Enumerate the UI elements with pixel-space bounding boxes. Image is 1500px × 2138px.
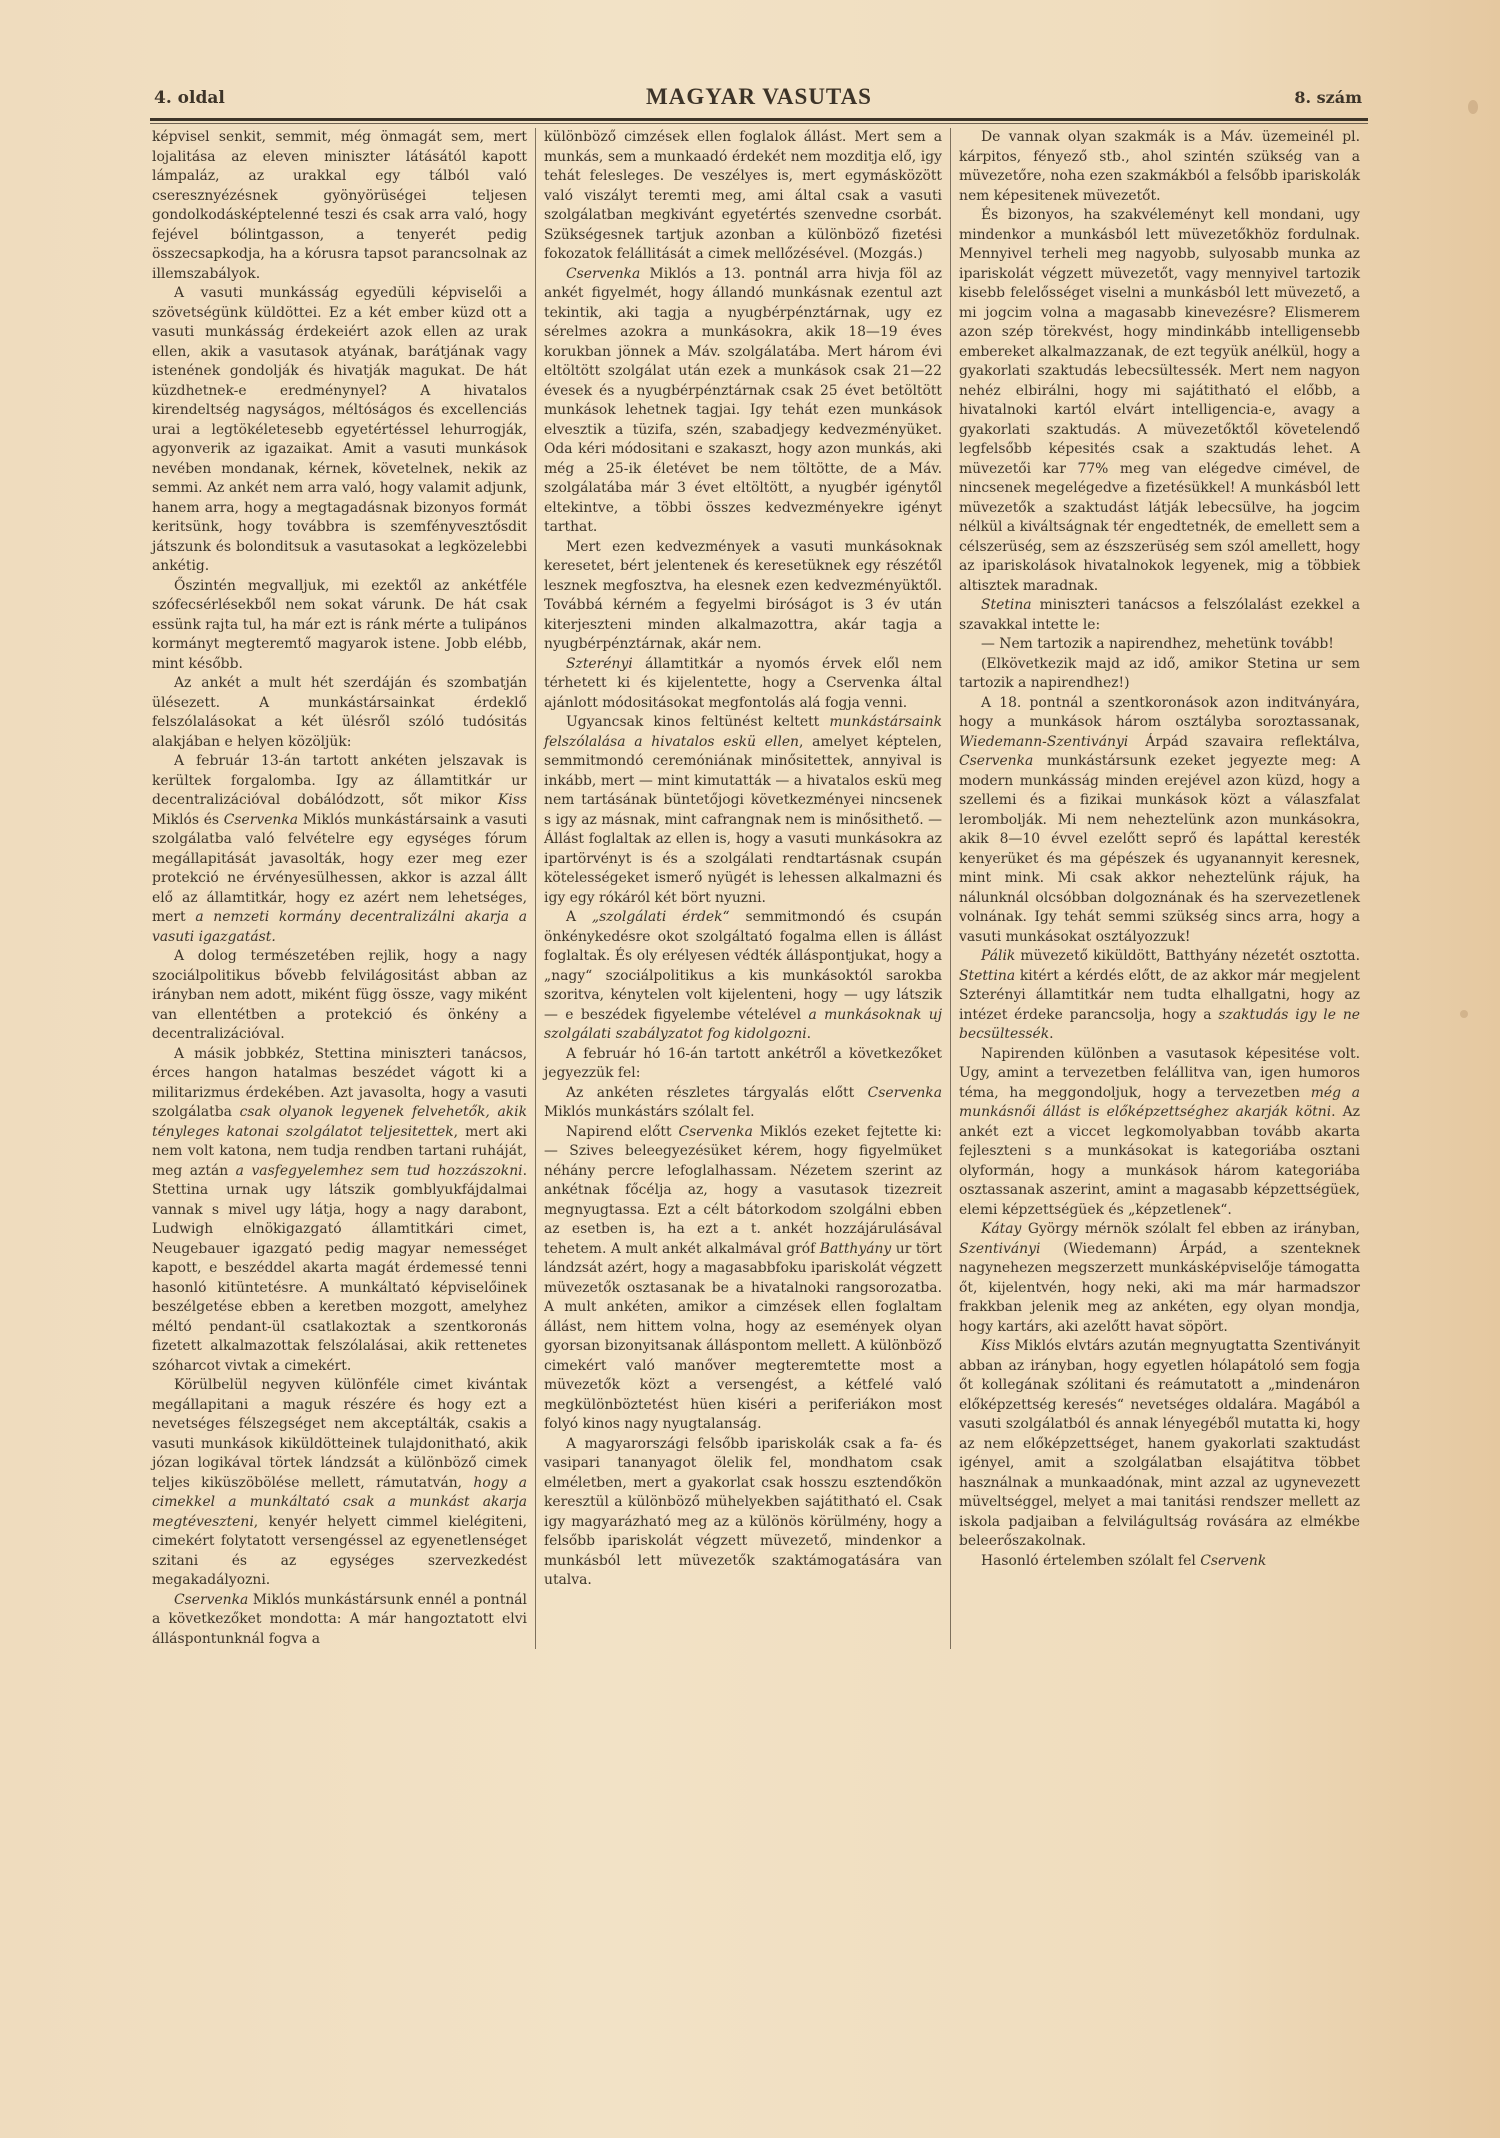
text-run: Árpád szavaira reflektálva, — [1128, 734, 1360, 750]
italic-text: Stetina — [981, 597, 1032, 613]
italic-text: Cservenka — [174, 1592, 248, 1608]
paragraph: Napirend előtt Cservenka Miklós ezeket f… — [544, 1123, 942, 1435]
newspaper-title: MAGYAR VASUTAS — [150, 84, 1368, 110]
paragraph: A dolog természetében rejlik, hogy a nag… — [152, 947, 527, 1045]
text-run: . — [807, 1026, 811, 1042]
italic-text: Szterényi — [566, 656, 633, 672]
italic-text: Pálik — [981, 948, 1015, 964]
text-run: (Elkövetkezik majd az idő, amikor Stetin… — [959, 656, 1360, 692]
text-run: Ugyancsak kinos feltünést keltett — [566, 714, 829, 730]
text-run: A február hó 16-án tartott ankétről a kö… — [544, 1046, 942, 1082]
italic-text: Cservenka — [566, 266, 640, 282]
text-run: Miklós munkástárs szólalt fel. — [544, 1104, 755, 1120]
paragraph: De vannak olyan szakmák is a Máv. üzemei… — [959, 128, 1360, 206]
italic-text: Batthyány — [820, 1241, 892, 1257]
paragraph: Pálik müvezető kiküldött, Batthyány néze… — [959, 947, 1360, 1045]
paragraph: Kátay György mérnök szólalt fel ebben az… — [959, 1220, 1360, 1337]
paragraph: A „szolgálati érdek“ semmitmondó és csup… — [544, 908, 942, 1045]
italic-text: Stettina — [959, 968, 1015, 984]
column-left: képvisel senkit, semmit, még önmagát sem… — [150, 128, 535, 1649]
paragraph: A február 13-án tartott ankéten jelszava… — [152, 752, 527, 947]
paragraph: Őszintén megvalljuk, mi ezektől az ankét… — [152, 577, 527, 675]
text-run: Miklós ezeket fejtette ki: — Szives bele… — [544, 1124, 942, 1257]
italic-text: Cservenka — [679, 1124, 753, 1140]
text-run: Napirend előtt — [566, 1124, 679, 1140]
column-right: De vannak olyan szakmák is a Máv. üzemei… — [950, 128, 1368, 1649]
masthead: 4. oldal MAGYAR VASUTAS 8. szám — [150, 82, 1368, 116]
italic-text: Cservenka — [224, 812, 298, 828]
text-run: Miklós és — [152, 812, 224, 828]
paragraph: Az ankéten részletes tárgyalás előtt Cse… — [544, 1084, 942, 1123]
masthead-rule — [150, 118, 1368, 124]
text-run: György mérnök szólalt fel ebben az irány… — [1021, 1221, 1360, 1237]
paragraph: különböző cimzések ellen foglalok állást… — [544, 128, 942, 265]
italic-text: Cservenka — [868, 1085, 942, 1101]
paragraph: képvisel senkit, semmit, még önmagát sem… — [152, 128, 527, 284]
paragraph: A magyarországi felsőbb ipariskolák csak… — [544, 1435, 942, 1591]
text-run: És bizonyos, ha szakvéleményt kell monda… — [959, 207, 1360, 594]
paragraph: Mert ezen kedvezmények a vasuti munkások… — [544, 538, 942, 655]
text-run: munkástársunk ezeket jegyezte meg: A mod… — [959, 753, 1360, 945]
issue-number: 8. szám — [1294, 88, 1362, 107]
text-run: . Az ankét ezt a viccet legkomolyabban t… — [959, 1104, 1360, 1218]
paper-stain — [1460, 1010, 1468, 1018]
text-run: Miklós a 13. pontnál arra hivja föl az a… — [544, 266, 942, 536]
paper-stain — [1468, 100, 1478, 114]
text-run: Miklós munkástársaink a vasuti szolgálat… — [152, 812, 527, 926]
text-run: A dolog természetében rejlik, hogy a nag… — [152, 948, 527, 1042]
paragraph: Szterényi államtitkár a nyomós érvek elő… — [544, 655, 942, 714]
text-run: Őszintén megvalljuk, mi ezektől az ankét… — [152, 578, 527, 672]
newspaper-page: 4. oldal MAGYAR VASUTAS 8. szám képvisel… — [150, 82, 1368, 1649]
paragraph: A vasuti munkásság egyedüli képviselői a… — [152, 284, 527, 577]
text-run: . Stettina urnak ugy látszik gomblyukfáj… — [152, 1163, 527, 1374]
paragraph: Körülbelül negyven különféle cimet kiván… — [152, 1376, 527, 1591]
text-run: Hasonló értelemben szólalt fel — [981, 1553, 1200, 1569]
italic-text: „szolgálati érdek“ — [592, 909, 730, 925]
text-run: Körülbelül negyven különféle cimet kiván… — [152, 1377, 527, 1491]
text-run: Az ankéten részletes tárgyalás előtt — [566, 1085, 868, 1101]
article-columns: képvisel senkit, semmit, még önmagát sem… — [150, 128, 1368, 1649]
italic-text: Szentiványi — [959, 1241, 1040, 1257]
paragraph: Stetina miniszteri tanácsos a felszólalá… — [959, 596, 1360, 635]
text-run: müvezető kiküldött, Batthyány nézetét os… — [1015, 948, 1360, 964]
paragraph: Cservenka Miklós munkástársunk ennél a p… — [152, 1591, 527, 1650]
paragraph: A február hó 16-án tartott ankétről a kö… — [544, 1045, 942, 1084]
italic-text: Kátay — [981, 1221, 1021, 1237]
text-run: A magyarországi felsőbb ipariskolák csak… — [544, 1436, 942, 1589]
paragraph: (Elkövetkezik majd az idő, amikor Stetin… — [959, 655, 1360, 694]
text-run: Miklós elvtárs azután megnyugtatta Szent… — [959, 1338, 1360, 1549]
text-run: Napirenden különben a vasutasok képesité… — [959, 1046, 1360, 1101]
text-run: — Nem tartozik a napirendhez, mehetünk t… — [981, 636, 1334, 652]
paragraph: Kiss Miklós elvtárs azután megnyugtatta … — [959, 1337, 1360, 1552]
text-run: . — [1049, 1026, 1053, 1042]
paragraph: — Nem tartozik a napirendhez, mehetünk t… — [959, 635, 1360, 655]
italic-text: Kiss — [498, 792, 527, 808]
italic-text: Cservenka — [959, 753, 1033, 769]
text-run: A február 13-án tartott ankéten jelszava… — [152, 753, 527, 808]
text-run: A — [566, 909, 592, 925]
paragraph: Hasonló értelemben szólalt fel Cservenk — [959, 1552, 1360, 1572]
italic-text: Kiss — [981, 1338, 1010, 1354]
text-run: A 18. pontnál a szentkoronások azon indi… — [959, 695, 1360, 731]
text-run: , amelyet képtelen, semmitmondó ceremóni… — [544, 734, 942, 906]
paragraph: Cservenka Miklós a 13. pontnál arra hivj… — [544, 265, 942, 538]
paragraph: A 18. pontnál a szentkoronások azon indi… — [959, 694, 1360, 948]
paragraph: Ugyancsak kinos feltünést keltett munkás… — [544, 713, 942, 908]
paragraph: A másik jobbkéz, Stettina miniszteri tan… — [152, 1045, 527, 1377]
italic-text: Wiedemann-Szentiványi — [959, 734, 1128, 750]
italic-text: a vasfegyelemhez sem tud hozzászokni — [236, 1163, 523, 1179]
italic-text: a nemzeti kormány decentralizálni akarja… — [152, 909, 527, 945]
text-run: ur tört lándzsát azért, hogy a magasabbf… — [544, 1241, 942, 1433]
paragraph: És bizonyos, ha szakvéleményt kell monda… — [959, 206, 1360, 596]
text-run: semmitmondó és csupán önkénykedésre okot… — [544, 909, 942, 1023]
paragraph: Napirenden különben a vasutasok képesité… — [959, 1045, 1360, 1221]
column-middle: különböző cimzések ellen foglalok állást… — [535, 128, 950, 1649]
text-run: különböző cimzések ellen foglalok állást… — [544, 129, 942, 262]
text-run: képvisel senkit, semmit, még önmagát sem… — [152, 129, 527, 282]
text-run: A vasuti munkásság egyedüli képviselői a… — [152, 285, 527, 574]
italic-text: Cservenk — [1200, 1553, 1266, 1569]
text-run: De vannak olyan szakmák is a Máv. üzemei… — [959, 129, 1360, 204]
paragraph: Az ankét a mult hét szerdáján és szombat… — [152, 674, 527, 752]
text-run: Mert ezen kedvezmények a vasuti munkások… — [544, 539, 942, 653]
text-run: Az ankét a mult hét szerdáján és szombat… — [152, 675, 527, 750]
